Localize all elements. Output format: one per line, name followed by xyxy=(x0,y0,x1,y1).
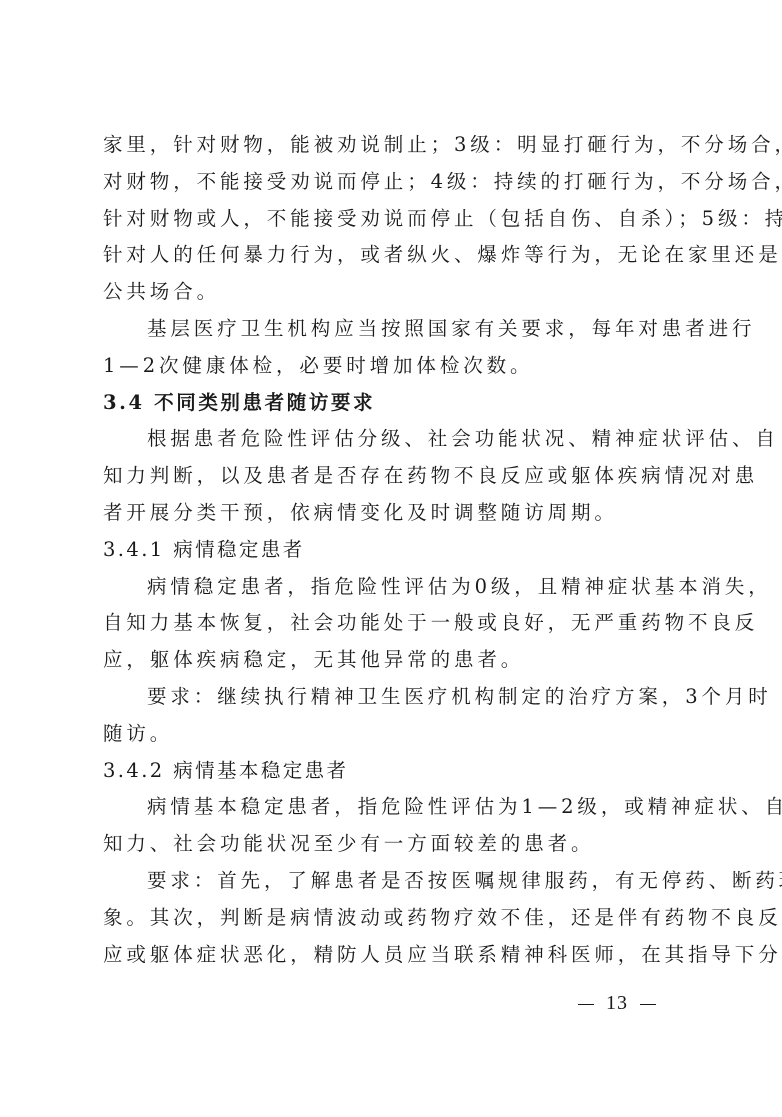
document-page: 家里，针对财物，能被劝说制止；3级：明显打砸行为，不分场合，针 对财物，不能接受… xyxy=(0,0,782,1117)
paragraph-line: 应，躯体疾病稳定，无其他异常的患者。 xyxy=(103,642,685,679)
paragraph-line: 自知力基本恢复，社会功能处于一般或良好，无严重药物不良反 xyxy=(103,605,685,642)
subsection-heading: 3.4.1 病情稳定患者 xyxy=(103,532,685,569)
paragraph-line: 要求：首先，了解患者是否按医嘱规律服药，有无停药、断药现 xyxy=(103,863,685,900)
page-number-value: 13 xyxy=(606,992,628,1014)
paragraph-line: 针对人的任何暴力行为，或者纵火、爆炸等行为，无论在家里还是 xyxy=(103,237,685,274)
page-number: 13 xyxy=(578,992,668,1015)
paragraph-line: 公共场合。 xyxy=(103,274,685,311)
document-body: 家里，针对财物，能被劝说制止；3级：明显打砸行为，不分场合，针 对财物，不能接受… xyxy=(103,127,685,973)
paragraph-line: 根据患者危险性评估分级、社会功能状况、精神症状评估、自 xyxy=(103,421,685,458)
paragraph-line: 要求：继续执行精神卫生医疗机构制定的治疗方案，3个月时 xyxy=(103,679,685,716)
paragraph-line: 对财物，不能接受劝说而停止；4级：持续的打砸行为，不分场合， xyxy=(103,164,685,201)
paragraph-line: 象。其次，判断是病情波动或药物疗效不佳，还是伴有药物不良反 xyxy=(103,900,685,937)
paragraph-line: 1—2次健康体检，必要时增加体检次数。 xyxy=(103,348,685,385)
paragraph-line: 病情基本稳定患者，指危险性评估为1—2级，或精神症状、自 xyxy=(103,789,685,826)
paragraph-line: 应或躯体症状恶化，精防人员应当联系精神科医师，在其指导下分 xyxy=(103,937,685,974)
paragraph-line: 知力判断，以及患者是否存在药物不良反应或躯体疾病情况对患 xyxy=(103,458,685,495)
paragraph-line: 针对财物或人，不能接受劝说而停止（包括自伤、自杀）；5级：持械 xyxy=(103,201,685,238)
paragraph-line: 家里，针对财物，能被劝说制止；3级：明显打砸行为，不分场合，针 xyxy=(103,127,685,164)
paragraph-line: 基层医疗卫生机构应当按照国家有关要求，每年对患者进行 xyxy=(103,311,685,348)
paragraph-line: 知力、社会功能状况至少有一方面较差的患者。 xyxy=(103,826,685,863)
section-heading: 3.4 不同类别患者随访要求 xyxy=(103,385,685,422)
paragraph-line: 病情稳定患者，指危险性评估为0级，且精神症状基本消失， xyxy=(103,569,685,606)
paragraph-line: 随访。 xyxy=(103,716,685,753)
dash-left xyxy=(578,1004,594,1005)
dash-right xyxy=(640,1004,656,1005)
paragraph-line: 者开展分类干预，依病情变化及时调整随访周期。 xyxy=(103,495,685,532)
subsection-heading: 3.4.2 病情基本稳定患者 xyxy=(103,753,685,790)
